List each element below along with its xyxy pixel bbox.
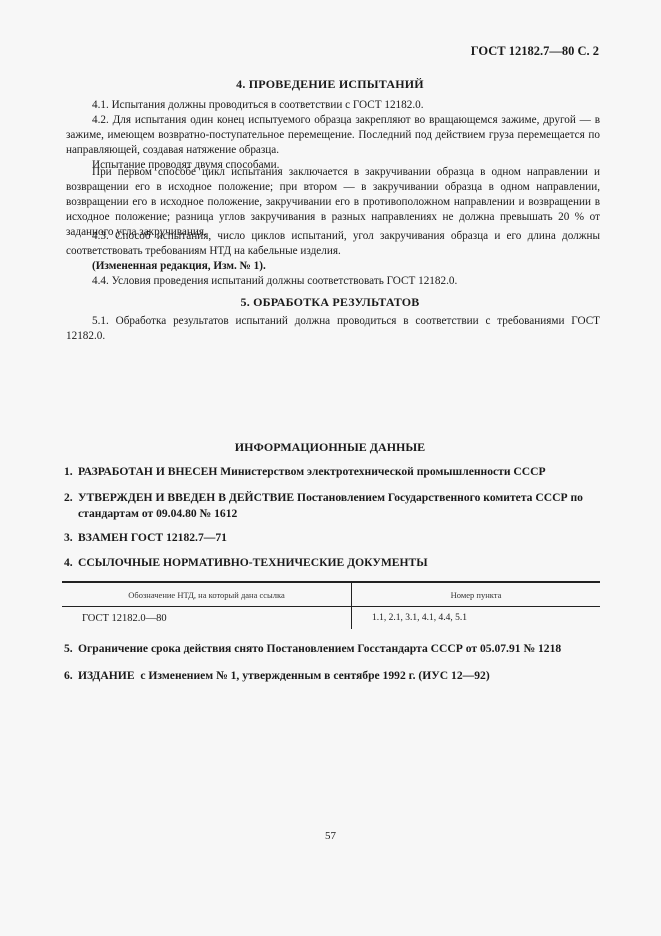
table-row: ГОСТ 12182.0—80 1.1, 2.1, 3.1, 4.1, 4.4,… [62, 607, 600, 630]
info-item-3: 3.ВЗАМЕН ГОСТ 12182.7—71 [64, 530, 604, 546]
item-text: ССЫЛОЧНЫЕ НОРМАТИВНО-ТЕХНИЧЕСКИЕ ДОКУМЕН… [78, 556, 428, 569]
item-number: 5. [64, 641, 78, 657]
item-number: 6. [64, 668, 78, 684]
item-number: 1. [64, 464, 78, 480]
amendment-note: (Измененная редакция, Изм. № 1). [66, 259, 600, 274]
paragraph-4-4: 4.4. Условия проведения испытаний должны… [66, 274, 600, 289]
column-header-document: Обозначение НТД, на который дана ссылка [62, 582, 352, 607]
paragraph-text: 5.1. Обработка результатов испытаний дол… [66, 315, 600, 342]
item-text: РАЗРАБОТАН И ВНЕСЕН Министерством электр… [78, 465, 546, 478]
info-item-4: 4.ССЫЛОЧНЫЕ НОРМАТИВНО-ТЕХНИЧЕСКИЕ ДОКУМ… [64, 555, 604, 571]
paragraph-text: При первом способе цикл испытания заключ… [66, 166, 600, 238]
info-item-1: 1.РАЗРАБОТАН И ВНЕСЕН Министерством элек… [64, 464, 604, 480]
item-text: ИЗДАНИЕ с Изменением № 1, утвержденным в… [78, 669, 490, 682]
document-page: ГОСТ 12182.7—80 С. 2 4. ПРОВЕДЕНИЕ ИСПЫТ… [0, 0, 661, 936]
cell-document: ГОСТ 12182.0—80 [62, 607, 352, 630]
paragraph-text: 4.2. Для испытания один конец испытуемог… [66, 114, 600, 156]
paragraph-4-1: 4.1. Испытания должны проводиться в соот… [66, 98, 600, 113]
item-number: 4. [64, 555, 78, 571]
item-text: УТВЕРЖДЕН И ВВЕДЕН В ДЕЙСТВИЕ Постановле… [78, 491, 583, 504]
column-header-clause: Номер пункта [352, 582, 601, 607]
info-item-2: 2.УТВЕРЖДЕН И ВВЕДЕН В ДЕЙСТВИЕ Постанов… [64, 490, 604, 522]
item-text-continuation: стандартам от 09.04.80 № 1612 [64, 506, 604, 522]
section-5-title: 5. ОБРАБОТКА РЕЗУЛЬТАТОВ [60, 295, 600, 310]
paragraph-4-3: 4.3. Способ испытания, число циклов испы… [66, 229, 600, 259]
document-reference: ГОСТ 12182.7—80 С. 2 [471, 44, 599, 59]
page-number: 57 [0, 830, 661, 842]
paragraph-text: 4.3. Способ испытания, число циклов испы… [66, 230, 600, 257]
item-text: Ограничение срока действия снято Постано… [78, 642, 561, 655]
section-4-title: 4. ПРОВЕДЕНИЕ ИСПЫТАНИЙ [60, 77, 600, 92]
item-number: 2. [64, 490, 78, 506]
info-title: ИНФОРМАЦИОННЫЕ ДАННЫЕ [60, 440, 600, 455]
info-item-5: 5.Ограничение срока действия снято Поста… [64, 641, 604, 657]
paragraph-text: 4.4. Условия проведения испытаний должны… [92, 275, 457, 287]
amendment-text: (Измененная редакция, Изм. № 1). [92, 260, 266, 272]
paragraph-text: 4.1. Испытания должны проводиться в соот… [92, 99, 424, 111]
cell-clauses: 1.1, 2.1, 3.1, 4.1, 4.4, 5.1 [352, 607, 601, 630]
info-item-6: 6.ИЗДАНИЕ с Изменением № 1, утвержденным… [64, 668, 604, 684]
reference-documents-table: Обозначение НТД, на который дана ссылка … [62, 581, 600, 629]
item-text: ВЗАМЕН ГОСТ 12182.7—71 [78, 531, 227, 544]
paragraph-5-1: 5.1. Обработка результатов испытаний дол… [66, 314, 600, 344]
item-number: 3. [64, 530, 78, 546]
paragraph-4-2: 4.2. Для испытания один конец испытуемог… [66, 113, 600, 158]
table-header-row: Обозначение НТД, на который дана ссылка … [62, 582, 600, 607]
